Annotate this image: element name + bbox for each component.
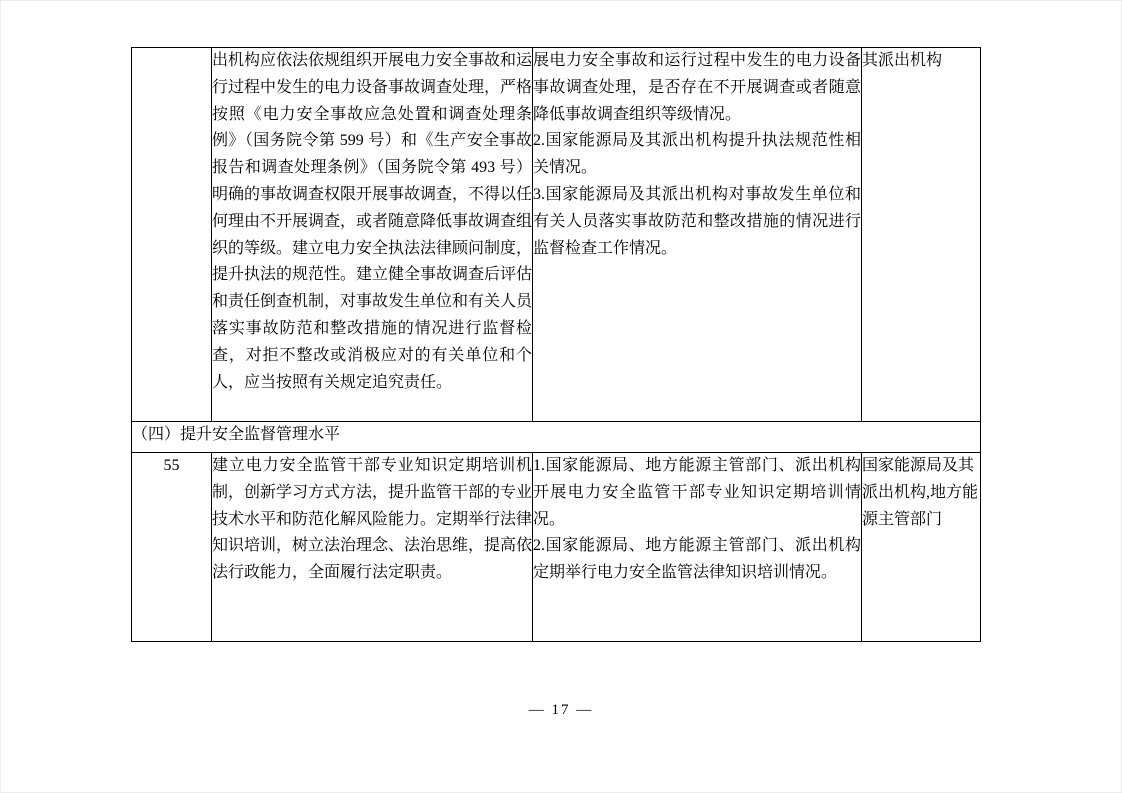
organization-text: 国家能源局及其派出机构,地方能源主管部门 <box>862 453 980 533</box>
check-item: 2.国家能源局、地方能源主管部门、派出机构定期举行电力安全监管法律知识培训情况。 <box>533 533 861 587</box>
cell-check-content: 1.国家能源局、地方能源主管部门、派出机构开展电力安全监管干部专业知识定期培训情… <box>533 453 862 642</box>
inspection-items-table: 出机构应依法依规组织开展电力安全事故和运行过程中发生的电力设备事故调查处理，严格… <box>131 47 981 642</box>
page-number: — 17 — <box>1 702 1121 719</box>
cell-check-content: 展电力安全事故和运行过程中发生的电力设备事故调查处理，是否存在不开展调查或者随意… <box>533 48 862 422</box>
task-text: 建立电力安全监管干部专业知识定期培训机制，创新学习方式方法，提升监管干部的专业技… <box>212 453 532 587</box>
cell-task-description: 出机构应依法依规组织开展电力安全事故和运行过程中发生的电力设备事故调查处理，严格… <box>212 48 533 422</box>
check-item: 3.国家能源局及其派出机构对事故发生单位和有关人员落实事故防范和整改措施的情况进… <box>533 182 861 262</box>
cell-task-description: 建立电力安全监管干部专业知识定期培训机制，创新学习方式方法，提升监管干部的专业技… <box>212 453 533 642</box>
section-header: （四）提升安全监督管理水平 <box>132 422 981 453</box>
cell-item-number: 55 <box>132 453 212 642</box>
table-row-item-55: 55 建立电力安全监管干部专业知识定期培训机制，创新学习方式方法，提升监管干部的… <box>132 453 981 642</box>
check-item: 1.国家能源局、地方能源主管部门、派出机构开展电力安全监管干部专业知识定期培训情… <box>533 453 861 533</box>
check-item: 展电力安全事故和运行过程中发生的电力设备事故调查处理，是否存在不开展调查或者随意… <box>533 48 861 128</box>
organization-text: 其派出机构 <box>862 48 980 75</box>
document-page: 出机构应依法依规组织开展电力安全事故和运行过程中发生的电力设备事故调查处理，严格… <box>0 0 1122 793</box>
table-row-continuation: 出机构应依法依规组织开展电力安全事故和运行过程中发生的电力设备事故调查处理，严格… <box>132 48 981 422</box>
cell-responsible-organization: 国家能源局及其派出机构,地方能源主管部门 <box>862 453 981 642</box>
cell-item-number-empty <box>132 48 212 422</box>
cell-responsible-organization: 其派出机构 <box>862 48 981 422</box>
check-item: 2.国家能源局及其派出机构提升执法规范性相关情况。 <box>533 128 861 182</box>
table-row-section-header: （四）提升安全监督管理水平 <box>132 422 981 453</box>
task-text: 出机构应依法依规组织开展电力安全事故和运行过程中发生的电力设备事故调查处理，严格… <box>212 48 532 396</box>
